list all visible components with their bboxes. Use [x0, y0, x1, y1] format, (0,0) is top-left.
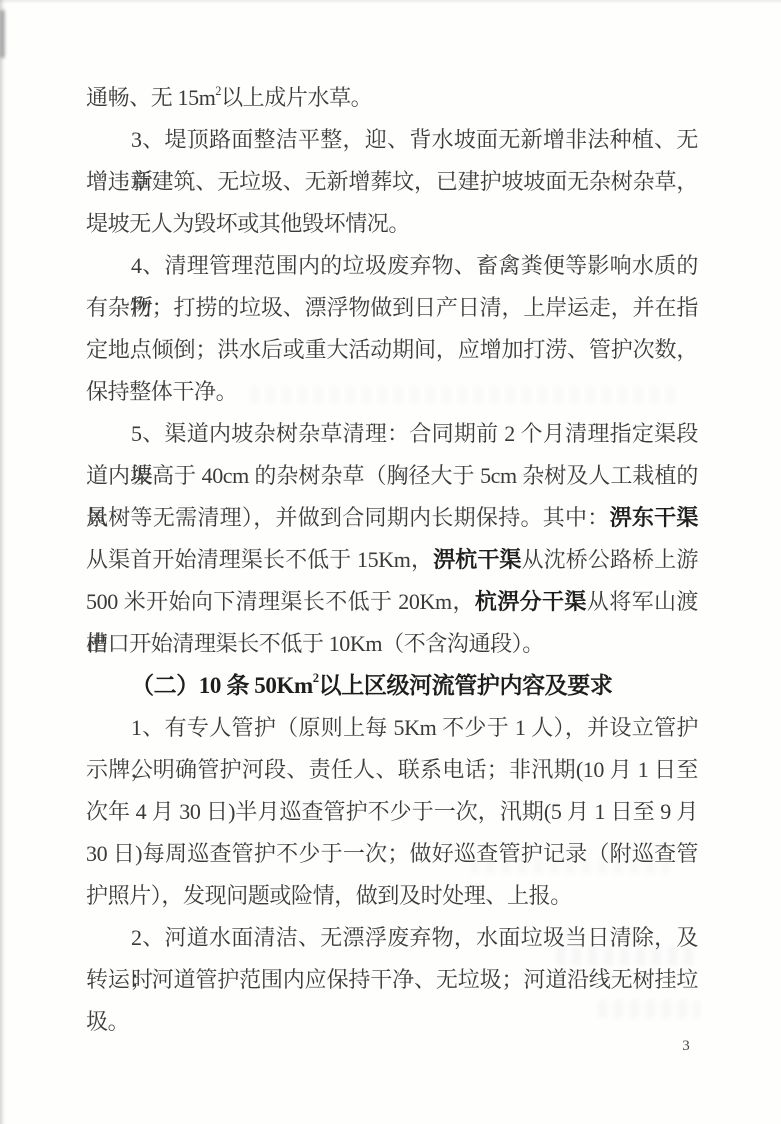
text-line: 通畅、无 15m2以上成片水草。: [86, 77, 698, 119]
text-segment: 堤坡无人为毁坏或其他毁坏情况。: [86, 211, 410, 236]
text-segment: 出口开始清理渠长不低于 10Km（不含沟通段）。: [86, 631, 544, 656]
text-segment: 转运；河道管护范围内应保持干净、无垃圾；河道沿线无树挂垃: [86, 967, 698, 992]
bold-text: 以上区级河流管护内容及要求: [319, 673, 613, 698]
text-segment: 保持整体干净。: [86, 379, 237, 404]
text-segment: 护照片），发现问题或险情，做到及时处理、上报。: [86, 883, 572, 908]
text-segment: 增违章建筑、无垃圾、无新增葬坟，已建护坡坡面无杂树杂草，: [86, 169, 698, 194]
text-line: 有杂物；打捞的垃圾、漂浮物做到日产日清，上岸运走，并在指: [86, 287, 698, 329]
text-line: 增违章建筑、无垃圾、无新增葬坟，已建护坡坡面无杂树杂草，: [86, 161, 698, 203]
text-segment: 次年 4 月 30 日)半月巡查管护不少于一次，汛期(5 月 1 日至 9 月: [86, 799, 698, 824]
text-line: 示牌，明确管护河段、责任人、联系电话；非汛期(10 月 1 日至: [86, 749, 698, 791]
text-line: 3、堤顶路面整洁平整，迎、背水坡面无新增非法种植、无新: [86, 119, 698, 161]
text-line: 定地点倾倒；洪水后或重大活动期间，应增加打涝、管护次数，: [86, 329, 698, 371]
text-line: 出口开始清理渠长不低于 10Km（不含沟通段）。: [86, 623, 698, 665]
page-number: 3: [676, 1038, 696, 1055]
text-line: 4、清理管理范围内的垃圾废弃物、畜禽粪便等影响水质的所: [86, 245, 698, 287]
text-line: 次年 4 月 30 日)半月巡查管护不少于一次，汛期(5 月 1 日至 9 月: [86, 791, 698, 833]
text-line: 500 米开始向下清理渠长不低于 20Km，杭淠分干渠从将军山渡槽: [86, 581, 698, 623]
text-segment: 以上成片水草。: [221, 85, 372, 110]
document-page: 通畅、无 15m2以上成片水草。3、堤顶路面整洁平整，迎、背水坡面无新增非法种植…: [0, 0, 781, 1124]
bold-text: 杭淠分干渠: [475, 589, 587, 614]
text-line: 堤坡无人为毁坏或其他毁坏情况。: [86, 203, 698, 245]
text-segment: 30 日)每周巡查管护不少于一次；做好巡查管护记录（附巡查管: [86, 841, 698, 866]
scan-edge-shadow-top: [0, 0, 781, 4]
text-line: 圾。: [86, 1001, 698, 1043]
text-line: 道内坡高于 40cm 的杂树杂草（胸径大于 5cm 杂树及人工栽植的风: [86, 455, 698, 497]
scan-edge-shadow: [0, 0, 6, 1124]
text-line: 护照片），发现问题或险情，做到及时处理、上报。: [86, 875, 698, 917]
text-segment: 圾。: [86, 1009, 129, 1034]
bold-text: 淠杭干渠: [433, 547, 521, 572]
text-line: 保持整体干净。: [86, 371, 698, 413]
superscript-unit: 2: [313, 671, 319, 685]
scan-artifact: [0, 10, 5, 58]
text-segment: 示牌，明确管护河段、责任人、联系电话；非汛期(10 月 1 日至: [86, 757, 698, 782]
text-segment: 从渠首开始清理渠长不低于 15Km，: [86, 547, 433, 572]
bold-text: 淠东干渠: [610, 505, 698, 530]
text-line: 5、渠道内坡杂树杂草清理：合同期前 2 个月清理指定渠段渠: [86, 413, 698, 455]
text-segment: 定地点倾倒；洪水后或重大活动期间，应增加打涝、管护次数，: [86, 337, 698, 362]
bold-text: （二）10 条 50Km: [131, 673, 313, 698]
superscript-unit: 2: [215, 84, 221, 98]
text-line: 30 日)每周巡查管护不少于一次；做好巡查管护记录（附巡查管: [86, 833, 698, 875]
text-line: 2、河道水面清洁、无漂浮废弃物，水面垃圾当日清除，及时: [86, 917, 698, 959]
text-line: 景树等无需清理），并做到合同期内长期保持。其中：淠东干渠: [86, 497, 698, 539]
document-body: 通畅、无 15m2以上成片水草。3、堤顶路面整洁平整，迎、背水坡面无新增非法种植…: [86, 77, 698, 1043]
text-segment: 有杂物；打捞的垃圾、漂浮物做到日产日清，上岸运走，并在指: [86, 295, 698, 320]
text-segment: 500 米开始向下清理渠长不低于 20Km，: [86, 589, 475, 614]
text-segment: 从沈桥公路桥上游: [522, 547, 698, 572]
section-heading: （二）10 条 50Km2以上区级河流管护内容及要求: [86, 665, 698, 707]
text-line: 从渠首开始清理渠长不低于 15Km，淠杭干渠从沈桥公路桥上游: [86, 539, 698, 581]
text-line: 1、有专人管护（原则上每 5Km 不少于 1 人），并设立管护公: [86, 707, 698, 749]
text-segment: 通畅、无 15m: [86, 85, 215, 110]
text-segment: 景树等无需清理），并做到合同期内长期保持。其中：: [86, 505, 610, 530]
text-line: 转运；河道管护范围内应保持干净、无垃圾；河道沿线无树挂垃: [86, 959, 698, 1001]
